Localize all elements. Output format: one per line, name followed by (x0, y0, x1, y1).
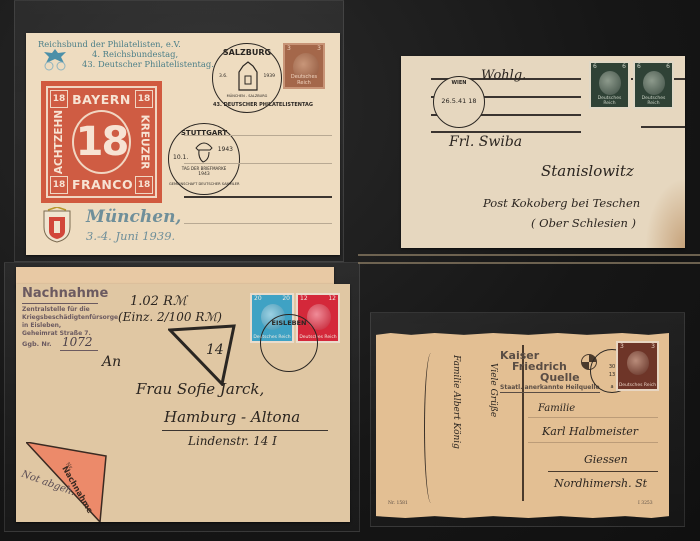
underline (60, 350, 98, 351)
handwritten-line: ( Ober Schlesien ) (531, 216, 636, 230)
address-line (184, 223, 332, 224)
stamp-value: 18 (72, 110, 131, 174)
stamp-value: 6 (593, 63, 597, 70)
portrait-icon (627, 351, 649, 375)
stamp-value: 20 (254, 295, 262, 302)
stamp-6pf: 6 6 Deutsches Reich (589, 61, 630, 109)
salzburg-cancel: SALZBURG 3.6. 1939 MÜNCHEN - SALZBURG 43… (212, 43, 282, 113)
stamp-value: 3 (651, 343, 655, 350)
handwritten-line: Frl. Swiba (449, 134, 522, 150)
stamp-text: Deutsches Reich (285, 74, 323, 86)
print-number: I 3253 (638, 501, 653, 506)
machine-cancel-line (641, 126, 685, 128)
sender-stamp: Zentralstelle für die Kriegsbeschädigten… (22, 306, 118, 338)
cover-nachnahme: Nachnahme Zentralstelle für die Kriegsbe… (16, 284, 350, 522)
stamp-text: Deutsches Reich (635, 96, 672, 106)
age-stain (645, 178, 685, 248)
slogan-line: Quelle (500, 372, 600, 383)
stamp-corner: 18 (135, 90, 153, 108)
stamp-left-text: ACHTZEHN (53, 110, 65, 174)
album-page: Reichsbund der Philatelisten, e.V. 4. Re… (0, 0, 700, 541)
address-line (548, 471, 658, 472)
handwritten-line: An (102, 354, 121, 370)
sender-line: Zentralstelle für die (22, 306, 118, 314)
stamp-value: 12 (300, 295, 308, 302)
address-line (184, 163, 332, 164)
handwritten-line: Frau Sofie Jarck, (136, 380, 264, 398)
handwritten-line: Familie Albert König (451, 355, 461, 449)
cancel-city: WIEN (434, 80, 484, 86)
stamp-value: 12 (328, 295, 336, 302)
stamp-value: 6 (622, 63, 626, 70)
ref-number: 1072 (62, 335, 93, 349)
handwritten-line: Giessen (584, 453, 628, 466)
amount-text: (Einz. 2/100 Rℳ) (118, 310, 222, 324)
triangle-mark-icon: 14 (168, 324, 238, 386)
cover-wien: WIEN 26.5.41 18 6 6 Deutsches Reich 6 6 … (401, 56, 685, 248)
ref-label: Ggb. Nr. (22, 340, 52, 348)
handwritten-line: Stanislowitz (541, 162, 634, 180)
stamp-left: ACHTZEHN (50, 110, 68, 174)
cancel-center-text: TAG DER BRIEFMARKE (169, 166, 239, 171)
stamp-value: 6 (637, 63, 641, 70)
city-text: München, (86, 207, 181, 227)
stamp-value: 3 (287, 45, 291, 52)
svg-text:14: 14 (206, 342, 224, 358)
address-line (528, 417, 658, 418)
handwritten-line: Post Kokoberg bei Teschen (483, 196, 640, 210)
slogan-line: Staatl. anerkannte Heilquelle (500, 383, 600, 393)
print-number: Nr. 1581 (388, 501, 408, 506)
cancel-ring-text: 43. DEUTSCHER PHILATELISTENTAG (213, 102, 281, 108)
nachnahme-heading: Nachnahme (22, 286, 108, 301)
stamp-6pf: 6 6 Deutsches Reich (633, 61, 674, 109)
sleeve-strip (358, 254, 700, 256)
sleeve-strip (358, 262, 700, 264)
handwritten-line: Viele Grüße (488, 363, 498, 417)
handwritten-line: Familie (538, 403, 575, 414)
address-line (184, 196, 332, 198)
sender-line: in Eisleben, (22, 322, 118, 330)
stuttgart-cancel: STUTTGART 10.1. 1943 TAG DER BRIEFMARKE … (168, 123, 240, 195)
stamp-corner: 18 (135, 176, 153, 194)
stamp-corner: 18 (50, 90, 68, 108)
stamp-value: 6 (666, 63, 670, 70)
imprinted-stamp-3pf: 3 3 Deutsches Reich (283, 43, 325, 89)
stamp-right: KREUZER (135, 110, 153, 174)
stamp-bottom-text: FRANCO (72, 177, 131, 192)
underline (22, 303, 98, 304)
handwritten-line: Karl Halbmeister (542, 425, 638, 438)
handwritten-line: Lindenstr. 14 I (188, 434, 277, 448)
cancel-center-year: 1943 (169, 172, 239, 177)
cancel-city: SALZBURG (213, 48, 281, 57)
stamp-value: 3 (620, 343, 624, 350)
handwritten-line: Hamburg - Altona (164, 408, 300, 426)
stamp-value: 3 (317, 45, 321, 52)
handwritten-bracket (424, 353, 438, 503)
stamp-text: Deutsches Reich (591, 96, 628, 106)
eagle-emblem-icon (40, 47, 70, 71)
cancel-year: 1943 (169, 146, 239, 153)
illustrated-bavaria-stamp: 18 18 18 18 BAYERN FRANCO ACHTZEHN KREUZ… (41, 81, 162, 203)
address-line (528, 442, 658, 443)
postal-card-munich: Reichsbund der Philatelisten, e.V. 4. Re… (26, 33, 340, 255)
cancel-city: EISLEBEN (261, 319, 317, 327)
cancel-date: 26.5.41 18 (434, 97, 484, 105)
wien-cancel: WIEN 26.5.41 18 (433, 76, 485, 128)
cancel-year: 1939 (213, 74, 281, 79)
machine-cancel-line (431, 131, 581, 133)
cancel-date: 10.1. (169, 154, 239, 161)
cancel-sub: MÜNCHEN - SALZBURG (213, 94, 281, 98)
date-text: 3.-4. Juni 1939. (86, 229, 175, 243)
handwritten-line: Wohlg. (481, 68, 526, 83)
amount-text: 1.02 Rℳ (130, 294, 187, 309)
stamp-top-text: BAYERN (72, 92, 131, 107)
eisleben-cancel: EISLEBEN (260, 314, 318, 372)
portrait-icon (643, 71, 665, 95)
address-underline (162, 430, 328, 431)
stamp-3pf: 3 3 Deutsches Reich (616, 341, 659, 391)
portrait-icon (599, 71, 621, 95)
stamp-text: Deutsches Reich (618, 383, 657, 388)
cancel-ring-text: GEMEINSCHAFT DEUTSCHER SAMMLER (169, 182, 239, 186)
sender-line: Kriegsbeschädigtenfürsorge (22, 314, 118, 322)
stamp-value: 20 (282, 295, 290, 302)
stamp-corner: 18 (50, 176, 68, 194)
postcard-offenbach: Familie Albert König Viele Grüße Kaiser … (376, 333, 669, 518)
address-line (184, 135, 332, 136)
munich-coat-of-arms-icon (42, 207, 72, 243)
stamp-right-text: KREUZER (138, 115, 150, 170)
handwritten-line: Nordhimersh. St (554, 477, 647, 490)
